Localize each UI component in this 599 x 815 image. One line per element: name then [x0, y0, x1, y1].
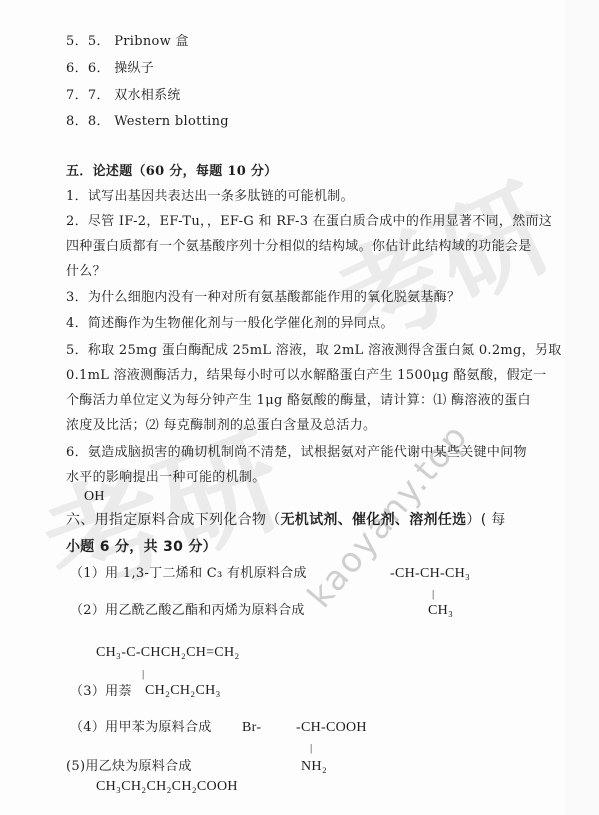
question-line: 个酶活力单位定义为每分钟产生 1μg 酪氨酸的酶量，请计算：⑴ 酶溶液的蛋白 — [66, 393, 531, 409]
q3-formula: CH₃-C-CHCH₂CH=CH₂ — [96, 645, 240, 661]
question-4: （4）用甲苯为原料合成 — [70, 720, 212, 736]
question-line: 6．氨造成脑损害的确切机制尚不清楚，试根据氨对产能代谢中某些关键中间物 — [66, 445, 527, 461]
question-line: 四种蛋白质都有一个氨基酸序列十分相似的结构域。你估计此结构域的功能会是 — [66, 239, 532, 255]
q4-branch: NH₂ — [301, 759, 327, 775]
question-line: 浓度及比活；⑵ 每克酶制剂的总蛋白含量及总活力。 — [66, 418, 376, 434]
q5-formula: CH₃CH₂CH₂CH₂COOH — [96, 779, 238, 795]
question-line: 水平的影响提出一种可能的机制。 — [66, 470, 266, 486]
q3-branch: CH₂CH₂CH₃ — [145, 683, 221, 699]
question-2: （2）用乙酰乙酸乙酯和丙烯为原料合成 — [70, 603, 305, 619]
q1-bond: | — [432, 586, 435, 602]
question-line: 4．简述酶作为生物催化剂与一般化学催化剂的异同点。 — [66, 316, 394, 332]
question-3: （3）用萘 — [70, 684, 132, 700]
q4-formula: -CH-COOH — [296, 720, 367, 736]
q1-branch: CH₃ — [428, 603, 453, 619]
question-line: 2．尽管 IF-2，EF-Tu，，EF-G 和 RF-3 在蛋白质合成中的作用显… — [66, 214, 552, 230]
term-item: 5．5． Pribnow 盒 — [66, 34, 189, 50]
question-line: 0.1mL 溶液测酶活力，结果每小时可以水解酪蛋白产生 1500μg 酪氨酸，假… — [66, 368, 547, 384]
term-item: 6．6． 操纵子 — [66, 61, 154, 77]
calligraphy-watermark-2: 考研 — [307, 141, 573, 377]
page-margin — [565, 0, 599, 815]
question-line: 5．称取 25mg 蛋白酶配成 25mL 溶液，取 2mL 溶液测得含蛋白氮 0… — [66, 343, 562, 359]
q3-bond: | — [142, 666, 145, 682]
question-1: （1）用 1,3-丁二烯和 C₃ 有机原料合成 — [70, 566, 307, 582]
section-6-title: 六、用指定原料合成下列化合物（无机试剂、催化剂、溶剂任选）( 每 — [66, 512, 506, 528]
question-5: (5)用乙炔为原料合成 — [66, 759, 192, 775]
q1-formula: -CH-CH-CH₃ — [390, 566, 470, 582]
q4-bond: | — [310, 740, 313, 756]
question-line: 3．为什么细胞内没有一种对所有氨基酸都能作用的氧化脱氨基酶？ — [66, 290, 460, 306]
oh-label: OH — [84, 489, 105, 505]
question-line: 1．试写出基因共表达出一条多肽链的可能机制。 — [66, 189, 354, 205]
section-6-title-cont: 小题 6 分，共 30 分） — [66, 539, 217, 555]
term-item: 7．7． 双水相系统 — [66, 88, 181, 104]
section-5-title: 五．论述题（60 分，每题 10 分） — [66, 164, 277, 180]
term-item: 8．8． Western blotting — [66, 114, 229, 130]
q4-br: Br- — [242, 720, 261, 736]
question-line: 什么？ — [66, 264, 106, 280]
